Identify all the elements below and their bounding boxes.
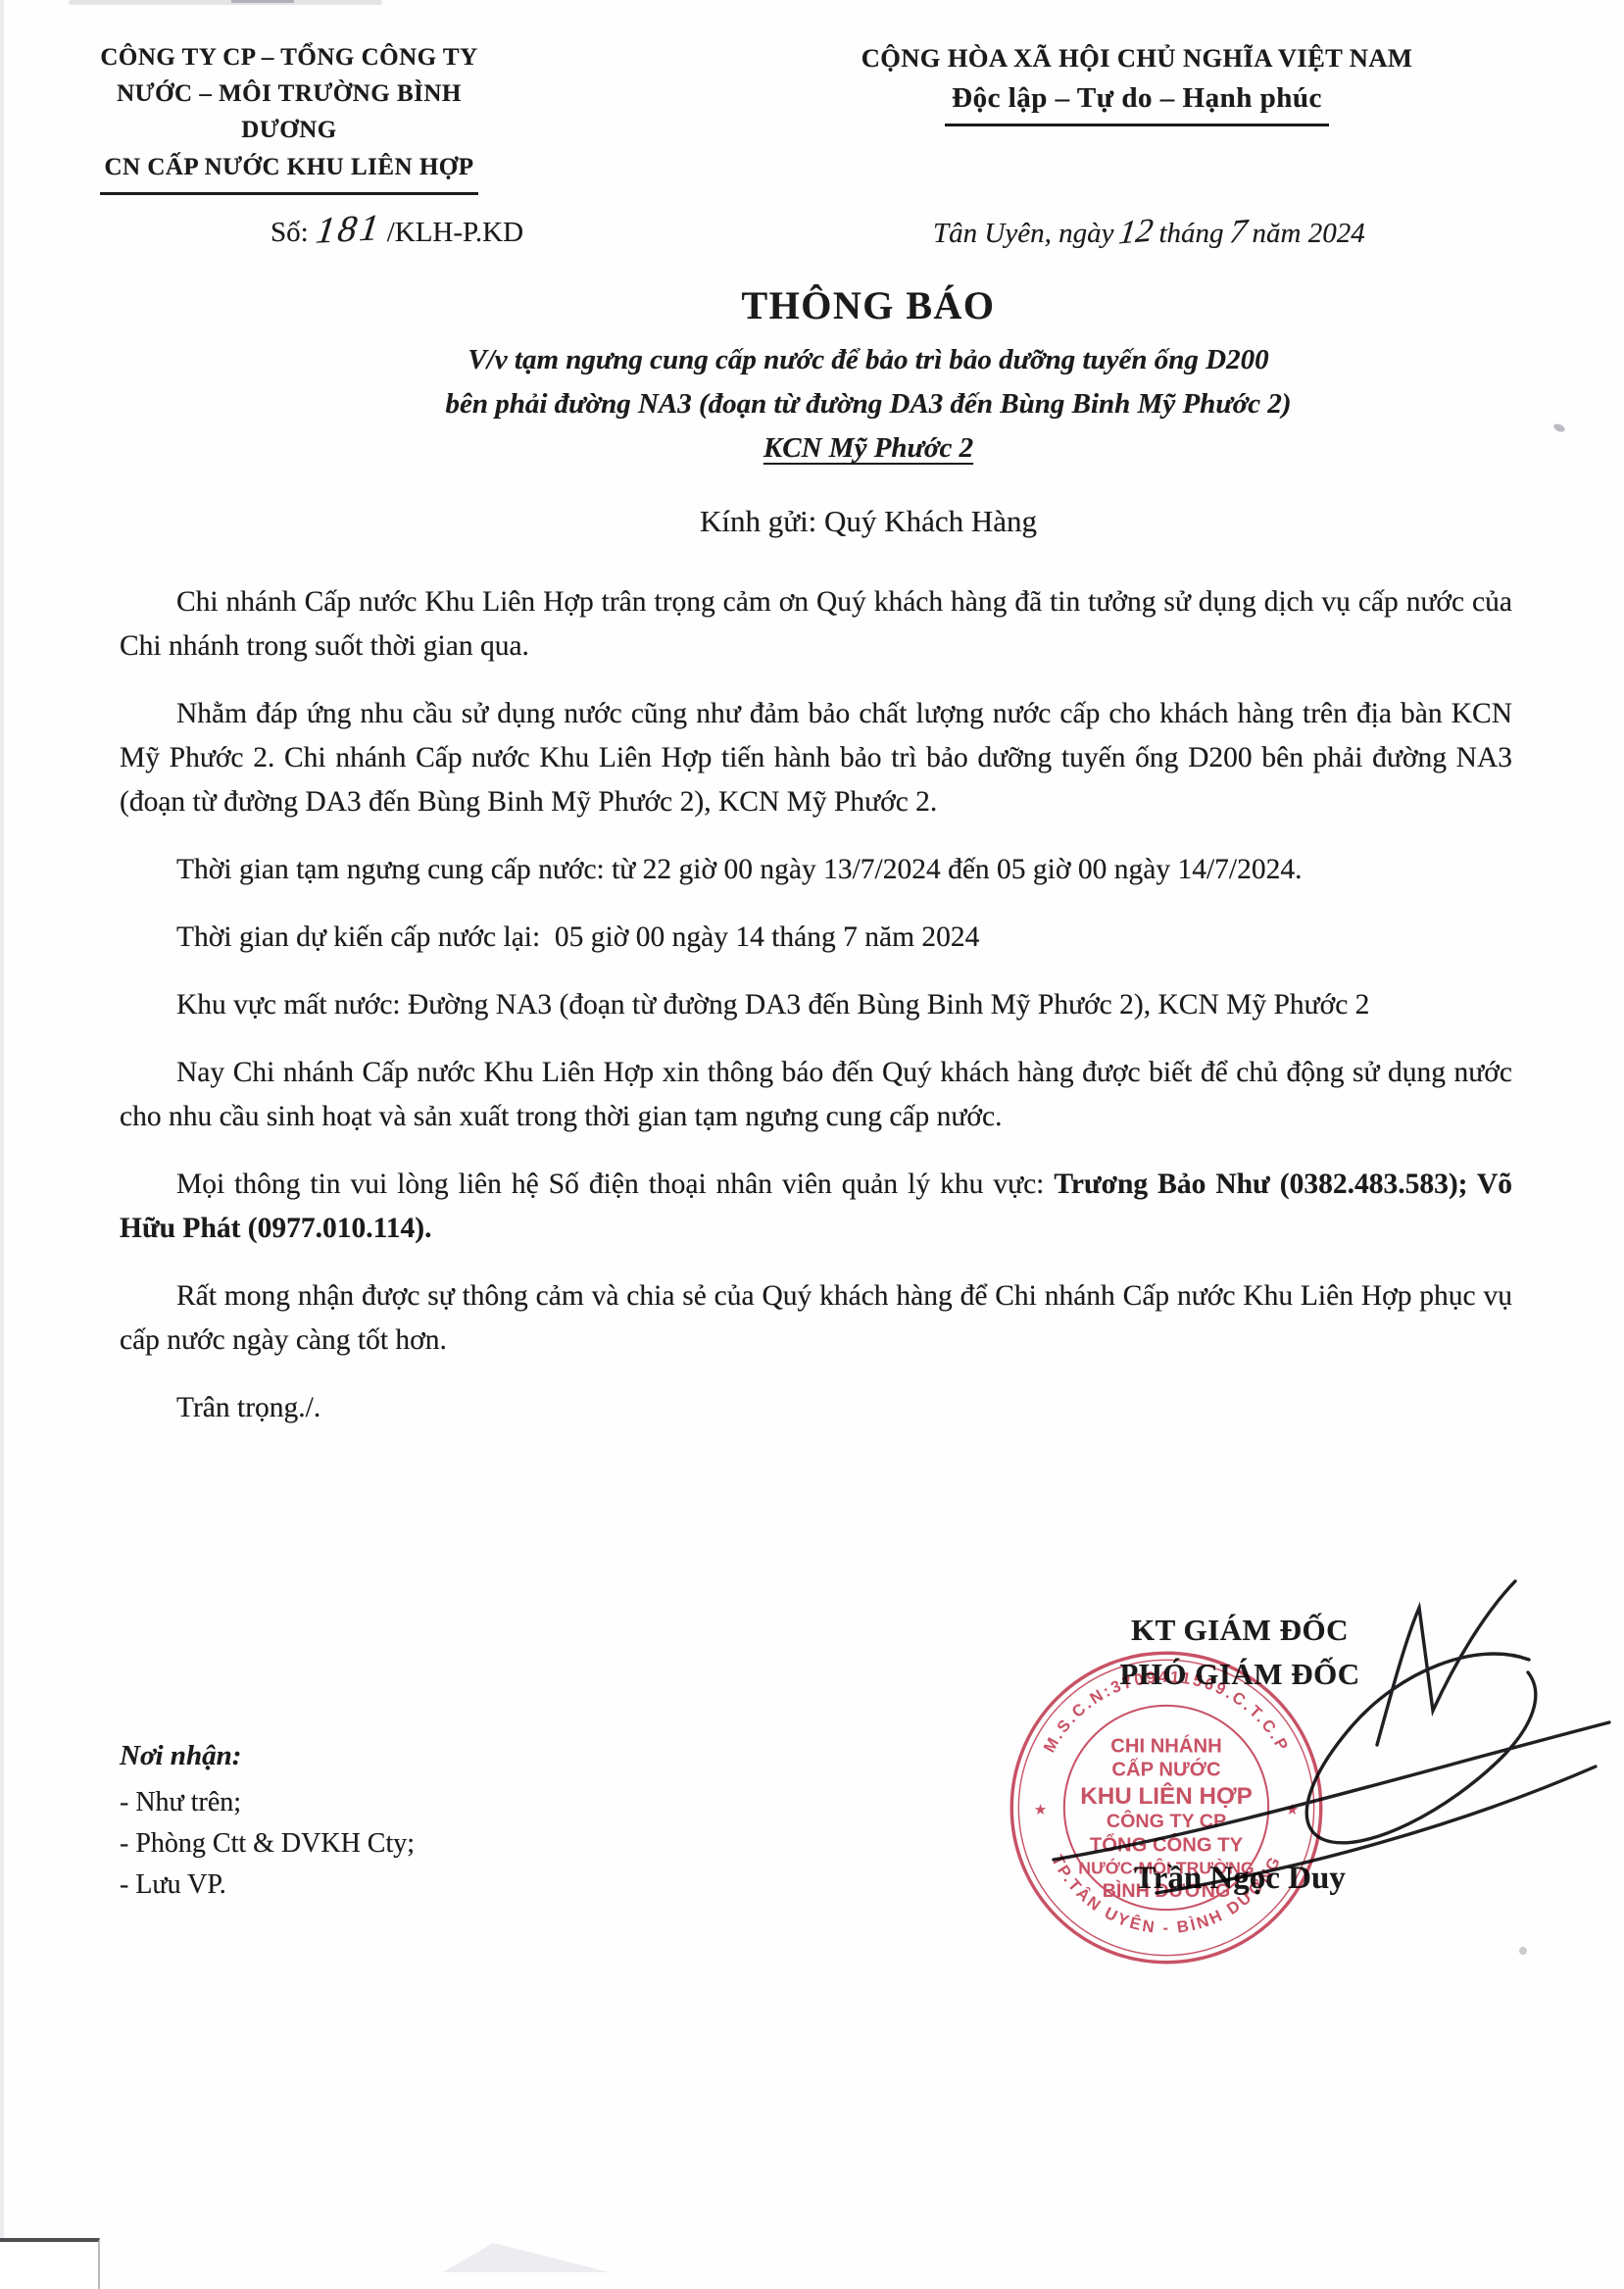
- doc-number-handwritten: 181: [314, 206, 384, 252]
- document-number: Số:181/KLH-P.KD: [271, 208, 523, 251]
- scan-smear-top-dark: [231, 0, 294, 3]
- date-day-handwritten: 12: [1117, 213, 1156, 253]
- national-title: CỘNG HÒA XÃ HỘI CHỦ NGHĨA VIỆT NAM: [804, 43, 1470, 74]
- issuer-header: CÔNG TY CP – TỔNG CÔNG TY NƯỚC – MÔI TRƯ…: [98, 39, 480, 195]
- closing-line: Trân trọng./.: [120, 1386, 1512, 1430]
- date-month-handwritten: 7: [1227, 213, 1249, 251]
- paragraph-reason: Nhằm đáp ứng nhu cầu sử dụng nước cũng n…: [120, 692, 1512, 824]
- date-year: năm 2024: [1253, 218, 1365, 249]
- paragraph-thanks: Chi nhánh Cấp nước Khu Liên Hợp trân trọ…: [120, 580, 1512, 669]
- national-header: CỘNG HÒA XÃ HỘI CHỦ NGHĨA VIỆT NAM Độc l…: [804, 43, 1470, 126]
- document-title: THÔNG BÁO: [127, 282, 1609, 328]
- paragraph-contact: Mọi thông tin vui lòng liên hệ Số điện t…: [120, 1163, 1512, 1251]
- document-body: Chi nhánh Cấp nước Khu Liên Hợp trân trọ…: [120, 580, 1512, 1454]
- recipient-item-2: - Phòng Ctt & DVKH Cty;: [120, 1823, 415, 1865]
- issuer-line-2: NƯỚC – MÔI TRƯỜNG BÌNH DƯƠNG: [98, 75, 480, 148]
- issuer-line-1: CÔNG TY CP – TỔNG CÔNG TY: [98, 39, 480, 75]
- recipient-item-1: - Như trên;: [120, 1782, 415, 1823]
- contact-intro: Mọi thông tin vui lòng liên hệ Số điện t…: [176, 1169, 1054, 1200]
- place-date-line: Tân Uyên, ngày12tháng7năm 2024: [933, 214, 1482, 251]
- salutation: Kính gửi: Quý Khách Hàng: [127, 504, 1609, 539]
- handwritten-signature: [931, 1544, 1624, 1936]
- subject-line-3: KCN Mỹ Phước 2: [763, 432, 973, 464]
- scan-corner-artifact: [0, 2238, 100, 2289]
- subject-line-1: V/v tạm ngưng cung cấp nước để bảo trì b…: [127, 338, 1609, 382]
- motto-underline: [945, 124, 1329, 126]
- paragraph-sympathy: Rất mong nhận được sự thông cảm và chia …: [120, 1274, 1512, 1363]
- recipient-item-3: - Lưu VP.: [120, 1865, 415, 1906]
- paragraph-advice: Nay Chi nhánh Cấp nước Khu Liên Hợp xin …: [120, 1051, 1512, 1139]
- scan-edge-shade: [0, 0, 4, 2289]
- recipients-title: Nơi nhận:: [120, 1735, 415, 1776]
- scan-smudge-bottom: [443, 2243, 610, 2272]
- paragraph-affected-area: Khu vực mất nước: Đường NA3 (đoạn từ đườ…: [120, 983, 1512, 1027]
- subject-line-2: bên phải đường NA3 (đoạn từ đường DA3 đế…: [127, 382, 1609, 426]
- scan-speck-lower-right: [1519, 1947, 1527, 1955]
- date-month-word: tháng: [1158, 218, 1223, 249]
- paragraph-outage-time: Thời gian tạm ngưng cung cấp nước: từ 22…: [120, 848, 1512, 892]
- title-block: THÔNG BÁO V/v tạm ngưng cung cấp nước để…: [127, 282, 1609, 539]
- date-prefix: Tân Uyên, ngày: [933, 218, 1113, 249]
- paragraph-restore-time: Thời gian dự kiến cấp nước lại: 05 giờ 0…: [120, 916, 1512, 960]
- scan-smear-top: [69, 0, 382, 5]
- scanned-notice-document: CÔNG TY CP – TỔNG CÔNG TY NƯỚC – MÔI TRƯ…: [0, 0, 1624, 2289]
- issuer-branch-name: CN CẤP NƯỚC KHU LIÊN HỢP: [100, 149, 477, 195]
- recipients-block: Nơi nhận: - Như trên; - Phòng Ctt & DVKH…: [120, 1735, 415, 1906]
- national-motto: Độc lập – Tự do – Hạnh phúc: [804, 82, 1470, 115]
- document-subject: V/v tạm ngưng cung cấp nước để bảo trì b…: [127, 338, 1609, 471]
- doc-number-label: Số:: [271, 217, 309, 248]
- doc-number-suffix: /KLH-P.KD: [387, 217, 523, 248]
